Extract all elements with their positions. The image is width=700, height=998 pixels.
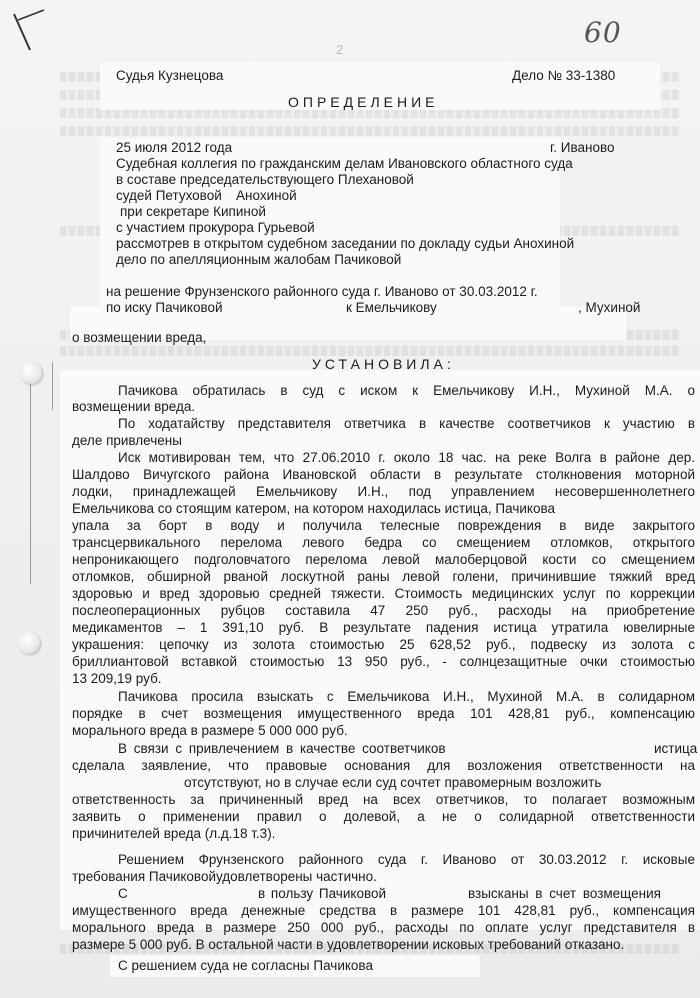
- claim-subject: о возмещении вреда,: [72, 330, 206, 346]
- paragraph-line: имущественного вреда денежные средства в…: [72, 903, 695, 919]
- paragraph-line: требования Пачиковой: [72, 869, 216, 885]
- paragraph-line: украшения: цепочку из золота стоимостью …: [72, 637, 695, 653]
- paragraph-line: С: [118, 886, 128, 902]
- paragraph-line: Пачикова обратилась в суд с иском к Емел…: [118, 383, 695, 399]
- pin-head-icon: [20, 362, 42, 384]
- handwritten-corner-mark-icon: [8, 6, 48, 56]
- margin-mark: [52, 362, 53, 410]
- paragraph-line: морального вреда в размере 5 000 000 руб…: [72, 723, 348, 739]
- judge-1: судей Петуховой: [116, 188, 222, 204]
- section-heading: УСТАНОВИЛА:: [312, 356, 455, 372]
- appeal-target: на решение Фрунзенского районного суда г…: [106, 284, 538, 300]
- paragraph-line: послеоперационных рубцов составила 47 25…: [72, 603, 695, 619]
- paragraph-line: отсутствуют, но в случае если суд сочтет…: [184, 775, 601, 791]
- presiding-judge: в составе председательствующего Плеханов…: [116, 172, 414, 188]
- claim-codefendant: , Мухиной: [578, 300, 640, 316]
- paragraph-line: здоровью и вред здоровью средней тяжести…: [72, 586, 695, 602]
- prosecutor: с участием прокурора Гурьевой: [116, 220, 315, 236]
- bleed-through-text: [60, 126, 680, 136]
- paragraph-line: Иск мотивирован тем, что 27.06.2010 г. о…: [118, 450, 695, 466]
- document-title: ОПРЕДЕЛЕНИЕ: [288, 94, 438, 110]
- paragraph-line: сделала заявление, что правовые основани…: [72, 758, 695, 774]
- paragraph-line: Шалдово Вичугского района Ивановской обл…: [72, 467, 695, 483]
- paragraph-line: Емельчикова со стоящим катером, на котор…: [72, 501, 555, 517]
- paragraph-line: лодки, принадлежащей Емельчикову И.Н., п…: [72, 484, 695, 500]
- paragraph-line: медикаментов – 1 391,10 руб. В результат…: [72, 620, 695, 636]
- paragraph-line: ответственность за причиненный вред на в…: [72, 792, 695, 808]
- handwritten-sheet-number: 60: [584, 16, 622, 49]
- document-page: 60 2 Судья Кузнецова Дело № 33-1380 ОПРЕ…: [0, 0, 700, 998]
- case-description: дело по апелляционным жалобам Пачиковой: [116, 252, 401, 268]
- pin-shaft: [30, 384, 31, 584]
- hearing-city: г. Иваново: [550, 140, 615, 156]
- paragraph-line: Пачикова просила взыскать с Емельчикова …: [118, 689, 695, 705]
- paragraph-line: упала за борт в воду и получила телесные…: [72, 518, 695, 534]
- bleed-through-text: [60, 346, 680, 356]
- paragraph-line: По ходатайству представителя ответчика в…: [118, 416, 695, 432]
- court-panel: Судебная коллегия по гражданским делам И…: [116, 156, 573, 172]
- paragraph-line: В связи с привлечением в качестве соотве…: [118, 741, 446, 757]
- paragraph-line: трансцервикального перелома левого бедра…: [72, 535, 695, 551]
- paragraph-line: причинителей вреда (л.д.18 т.3).: [72, 826, 275, 842]
- paragraph-line: размере 5 000 руб. В остальной части в у…: [72, 937, 624, 953]
- claim-defendant: к Емельчикову: [346, 300, 437, 316]
- paragraph-line: в пользу Пачиковой: [258, 886, 386, 902]
- paragraph-line: непроникающего подголовчатого перелома л…: [72, 552, 695, 568]
- judge-2: Анохиной: [236, 188, 297, 204]
- paragraph-line: возмещении вреда.: [72, 399, 195, 415]
- paragraph-line: Решением Фрунзенского районного суда г. …: [118, 852, 695, 868]
- paragraph-line: заявить о применении правил о долевой, а…: [72, 809, 695, 825]
- paragraph-line: С решением суда не согласны Пачикова: [118, 958, 373, 974]
- pin-head-icon: [18, 632, 40, 654]
- paragraph-line: 13 209,19 руб.: [72, 671, 162, 687]
- paragraph-line: взысканы в счет возмещения: [468, 886, 661, 902]
- judge-name: Судья Кузнецова: [116, 68, 223, 84]
- paragraph-line: порядке в счет возмещения имущественного…: [72, 706, 695, 722]
- claim-plaintiff: по иску Пачиковой: [106, 300, 223, 316]
- hearing-date: 25 июля 2012 года: [116, 140, 232, 156]
- paragraph-line: бриллиантовой вставкой стоимостью 13 950…: [72, 654, 695, 670]
- paragraph-line: удовлетворены частично.: [216, 869, 377, 885]
- case-number: Дело № 33-1380: [512, 68, 615, 84]
- court-secretary: при секретаре Кипиной: [120, 204, 266, 220]
- paragraph-line: морального вреда в размере 250 000 руб.,…: [72, 920, 695, 936]
- paragraph-line: истица: [654, 741, 697, 757]
- paragraph-line: деле привлечены: [72, 433, 182, 449]
- paragraph-line: отломков, обширной рваной лоскутной раны…: [72, 569, 695, 585]
- hearing-description: рассмотрев в открытом судебном заседании…: [116, 236, 574, 252]
- reverse-page-number: 2: [336, 42, 343, 57]
